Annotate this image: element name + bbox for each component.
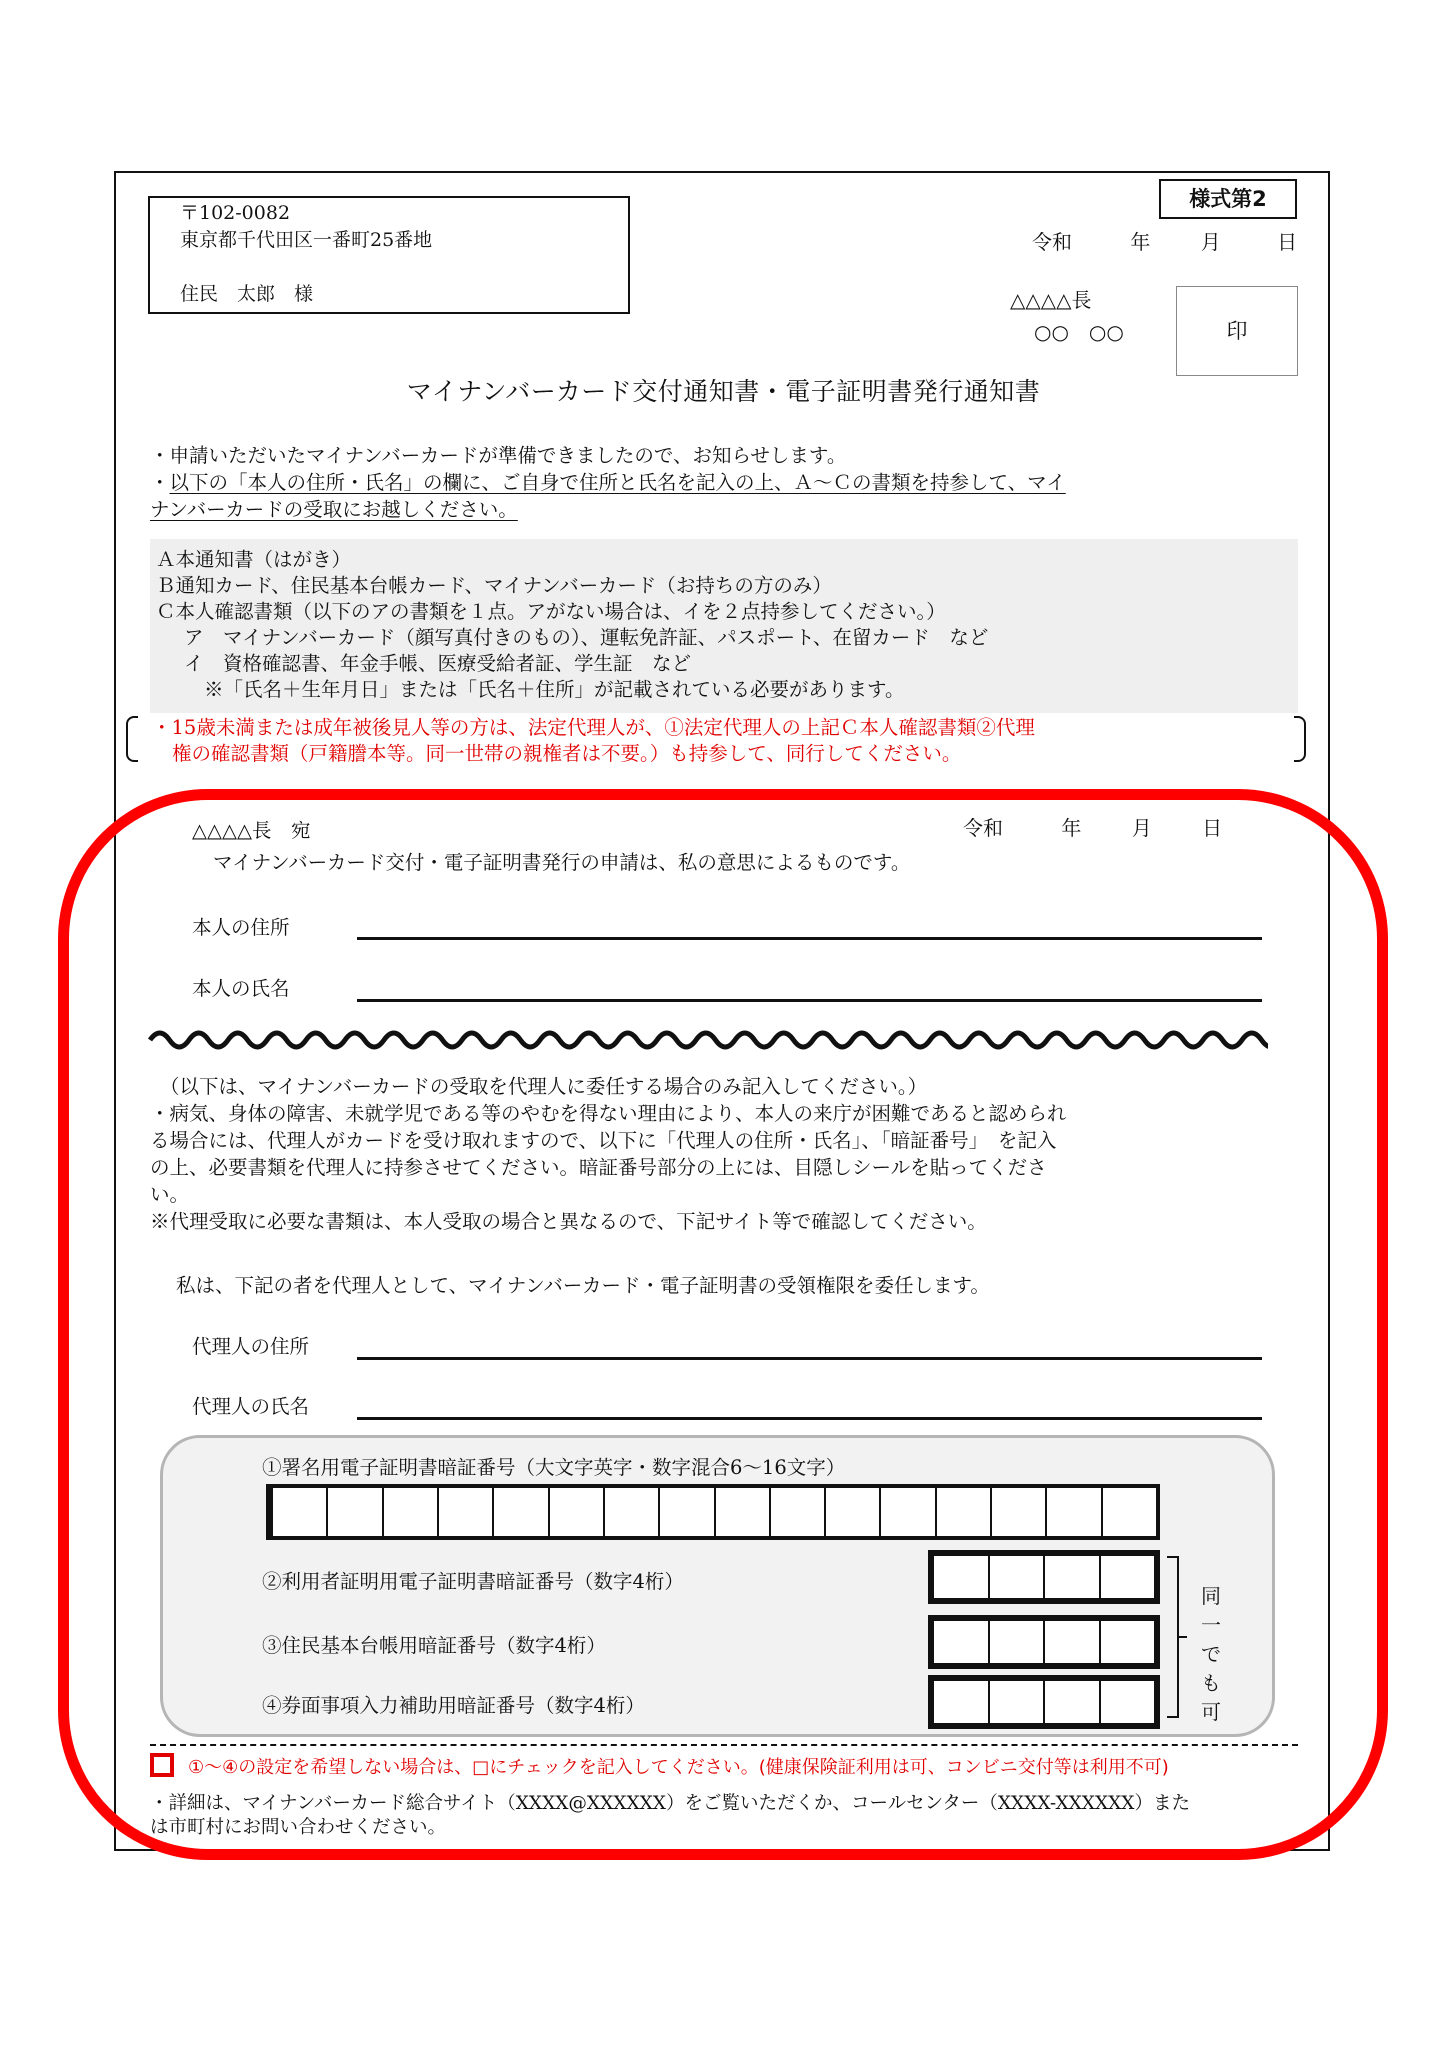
doc-c-i: イ 資格確認書、年金手帳、医療受給者証、学生証 など [156, 651, 1298, 677]
doc-b: Ｂ通知カード、住民基本台帳カード、マイナンバーカード（お持ちの方のみ） [156, 573, 1298, 599]
required-documents-box: Ａ本通知書（はがき） Ｂ通知カード、住民基本台帳カード、マイナンバーカード（お持… [150, 539, 1298, 713]
date-era: 令和 [1032, 226, 1072, 255]
doc-c-a: ア マイナンバーカード（顔写真付きのもの）、運転免許証、パスポート、在留カード … [156, 625, 1298, 651]
doc-c: Ｃ本人確認書類（以下のアの書類を１点。アがない場合は、イを２点持参してください。… [156, 599, 1298, 625]
date-year: 年 [1061, 812, 1081, 841]
proxy-name-label: 代理人の氏名 [192, 1391, 309, 1419]
minor-guardian-note: ・15歳未満または成年被後見人等の方は、法定代理人が、①法定代理人の上記Ｃ本人確… [152, 715, 1292, 767]
proxy-heading: （以下は、マイナンバーカードの受取を代理人に委任する場合のみ記入してください。） [150, 1073, 1300, 1100]
doc-note: ※「氏名＋生年月日」または「氏名＋住所」が記載されている必要があります。 [156, 677, 1298, 703]
proxy-address-label: 代理人の住所 [192, 1331, 309, 1359]
pin-cell[interactable] [550, 1484, 605, 1540]
proxy-para-1: ・病気、身体の障害、未就学児である等のやむを得ない理由により、本人の来庁が困難で… [150, 1100, 1300, 1127]
dashed-separator [150, 1744, 1298, 1746]
pin-cell[interactable] [660, 1488, 715, 1536]
pin-cell[interactable] [771, 1488, 826, 1536]
left-bracket [126, 716, 138, 762]
pin-cell[interactable] [716, 1488, 771, 1536]
same-pin-allowed-note: 同 一 で も 可 [1198, 1582, 1224, 1727]
pin4-label: ④券面事項入力補助用暗証番号（数字4桁） [262, 1690, 645, 1718]
proxy-para-3: の上、必要書類を代理人に持参させてください。暗証番号部分の上には、目隠しシールを… [150, 1154, 1300, 1181]
intro-line-2: 以下の「本人の住所・氏名」の欄に、ご自身で住所と氏名を記入の上、Ａ～Ｃの書類を持… [170, 471, 1066, 494]
application-declaration: マイナンバーカード交付・電子証明書発行の申請は、私の意思によるものです。 [213, 847, 910, 875]
intro-text: ・申請いただいたマイナンバーカードが準備できましたので、お知らせします。 ・以下… [150, 442, 1290, 523]
self-address-label: 本人の住所 [192, 912, 290, 940]
pin-cell[interactable] [1103, 1488, 1160, 1536]
date-day: 日 [1277, 226, 1297, 255]
details-line-2: は市町村にお問い合わせください。 [150, 1816, 1300, 1840]
same-ok-char: 一 [1198, 1611, 1224, 1640]
pin1-input[interactable] [266, 1484, 1160, 1540]
issuer: △△△△長 ○○ ○○ [1010, 284, 1124, 348]
intro-line-3: ナンバーカードの受取にお越しください。 [150, 496, 1290, 523]
recipient-address-box: 〒102-0082 東京都千代田区一番町25番地 住民 太郎 様 [148, 196, 630, 314]
pin-cell[interactable] [384, 1484, 439, 1540]
minor-note-line-2: 権の確認書類（戸籍謄本等。同一世帯の親権者は不要。）も持参して、同行してください… [152, 741, 1292, 767]
recipient-address: 東京都千代田区一番町25番地 [180, 227, 628, 254]
opt-out-row: ①～④の設定を希望しない場合は、□にチェックを記入してください。(健康保険証利用… [150, 1753, 1169, 1779]
intro-line-1: ・申請いただいたマイナンバーカードが準備できましたので、お知らせします。 [150, 442, 1290, 469]
same-pin-bracket [1167, 1556, 1179, 1718]
pin-cell[interactable] [937, 1488, 992, 1536]
date-month: 月 [1201, 226, 1221, 255]
pin-cell[interactable] [881, 1488, 936, 1536]
wavy-divider [148, 1020, 1268, 1050]
date-era: 令和 [963, 812, 1003, 841]
proxy-instructions: （以下は、マイナンバーカードの受取を代理人に委任する場合のみ記入してください。）… [150, 1073, 1300, 1235]
opt-out-checkbox[interactable] [150, 1753, 174, 1777]
pin-cell[interactable] [992, 1488, 1047, 1536]
proxy-para-2: る場合には、代理人がカードを受け取れますので、以下に「代理人の住所・氏名」、「暗… [150, 1127, 1300, 1154]
pin-cell[interactable] [605, 1488, 660, 1536]
pin-cell[interactable] [494, 1484, 549, 1540]
self-address-field[interactable] [357, 900, 1262, 940]
details-contact: ・詳細は、マイナンバーカード総合サイト（XXXX@XXXXXX）をご覧いただくか… [150, 1792, 1300, 1840]
same-ok-char: 可 [1198, 1698, 1224, 1727]
pin-cell[interactable] [266, 1484, 328, 1540]
issue-date: 令和 年 月 日 [1032, 226, 1297, 255]
date-month: 月 [1132, 812, 1152, 841]
issuer-name: ○○ ○○ [1010, 316, 1124, 348]
same-ok-char: 同 [1198, 1582, 1224, 1611]
date-day: 日 [1202, 812, 1222, 841]
pin3-label: ③住民基本台帳用暗証番号（数字4桁） [262, 1630, 606, 1658]
pin3-input[interactable] [928, 1615, 1160, 1669]
minor-note-line-1: ・15歳未満または成年被後見人等の方は、法定代理人が、①法定代理人の上記Ｃ本人確… [152, 715, 1292, 741]
proxy-name-field[interactable] [357, 1380, 1262, 1420]
pin-cell[interactable] [328, 1484, 383, 1540]
proxy-note: ※代理受取に必要な書類は、本人受取の場合と異なるので、下記サイト等で確認してくだ… [150, 1208, 1300, 1235]
proxy-para-4: い。 [150, 1181, 1300, 1208]
issuer-title: △△△△長 [1010, 284, 1124, 316]
application-addressee: △△△△長 宛 [192, 815, 311, 843]
pin-cell[interactable] [1047, 1488, 1102, 1536]
same-ok-char: で [1198, 1640, 1224, 1669]
form-number-badge: 様式第2 [1159, 179, 1297, 219]
details-line-1: ・詳細は、マイナンバーカード総合サイト（XXXX@XXXXXX）をご覧いただくか… [150, 1792, 1300, 1816]
self-name-field[interactable] [357, 962, 1262, 1002]
pin1-label: ①署名用電子証明書暗証番号（大文字英字・数字混合6～16文字） [262, 1452, 845, 1480]
application-date: 令和 年 月 日 [963, 812, 1222, 841]
opt-out-text: ①～④の設定を希望しない場合は、□にチェックを記入してください。(健康保険証利用… [188, 1757, 1169, 1778]
pin-cell[interactable] [826, 1488, 881, 1536]
document-title: マイナンバーカード交付通知書・電子証明書発行通知書 [0, 372, 1447, 408]
right-bracket [1294, 716, 1306, 762]
same-ok-char: も [1198, 1669, 1224, 1698]
postal-code: 〒102-0082 [180, 200, 628, 227]
doc-a: Ａ本通知書（はがき） [156, 547, 1298, 573]
proxy-address-field[interactable] [357, 1320, 1262, 1360]
self-name-label: 本人の氏名 [192, 973, 290, 1001]
seal-box: 印 [1176, 286, 1298, 376]
pin-cell[interactable] [439, 1484, 494, 1540]
date-year: 年 [1130, 226, 1150, 255]
pin4-input[interactable] [928, 1675, 1160, 1729]
delegation-statement: 私は、下記の者を代理人として、マイナンバーカード・電子証明書の受領権限を委任しま… [176, 1270, 990, 1298]
bullet: ・ [150, 471, 170, 494]
recipient-name: 住民 太郎 様 [180, 281, 628, 308]
pin2-label: ②利用者証明用電子証明書暗証番号（数字4桁） [262, 1566, 684, 1594]
pin2-input[interactable] [928, 1550, 1160, 1604]
